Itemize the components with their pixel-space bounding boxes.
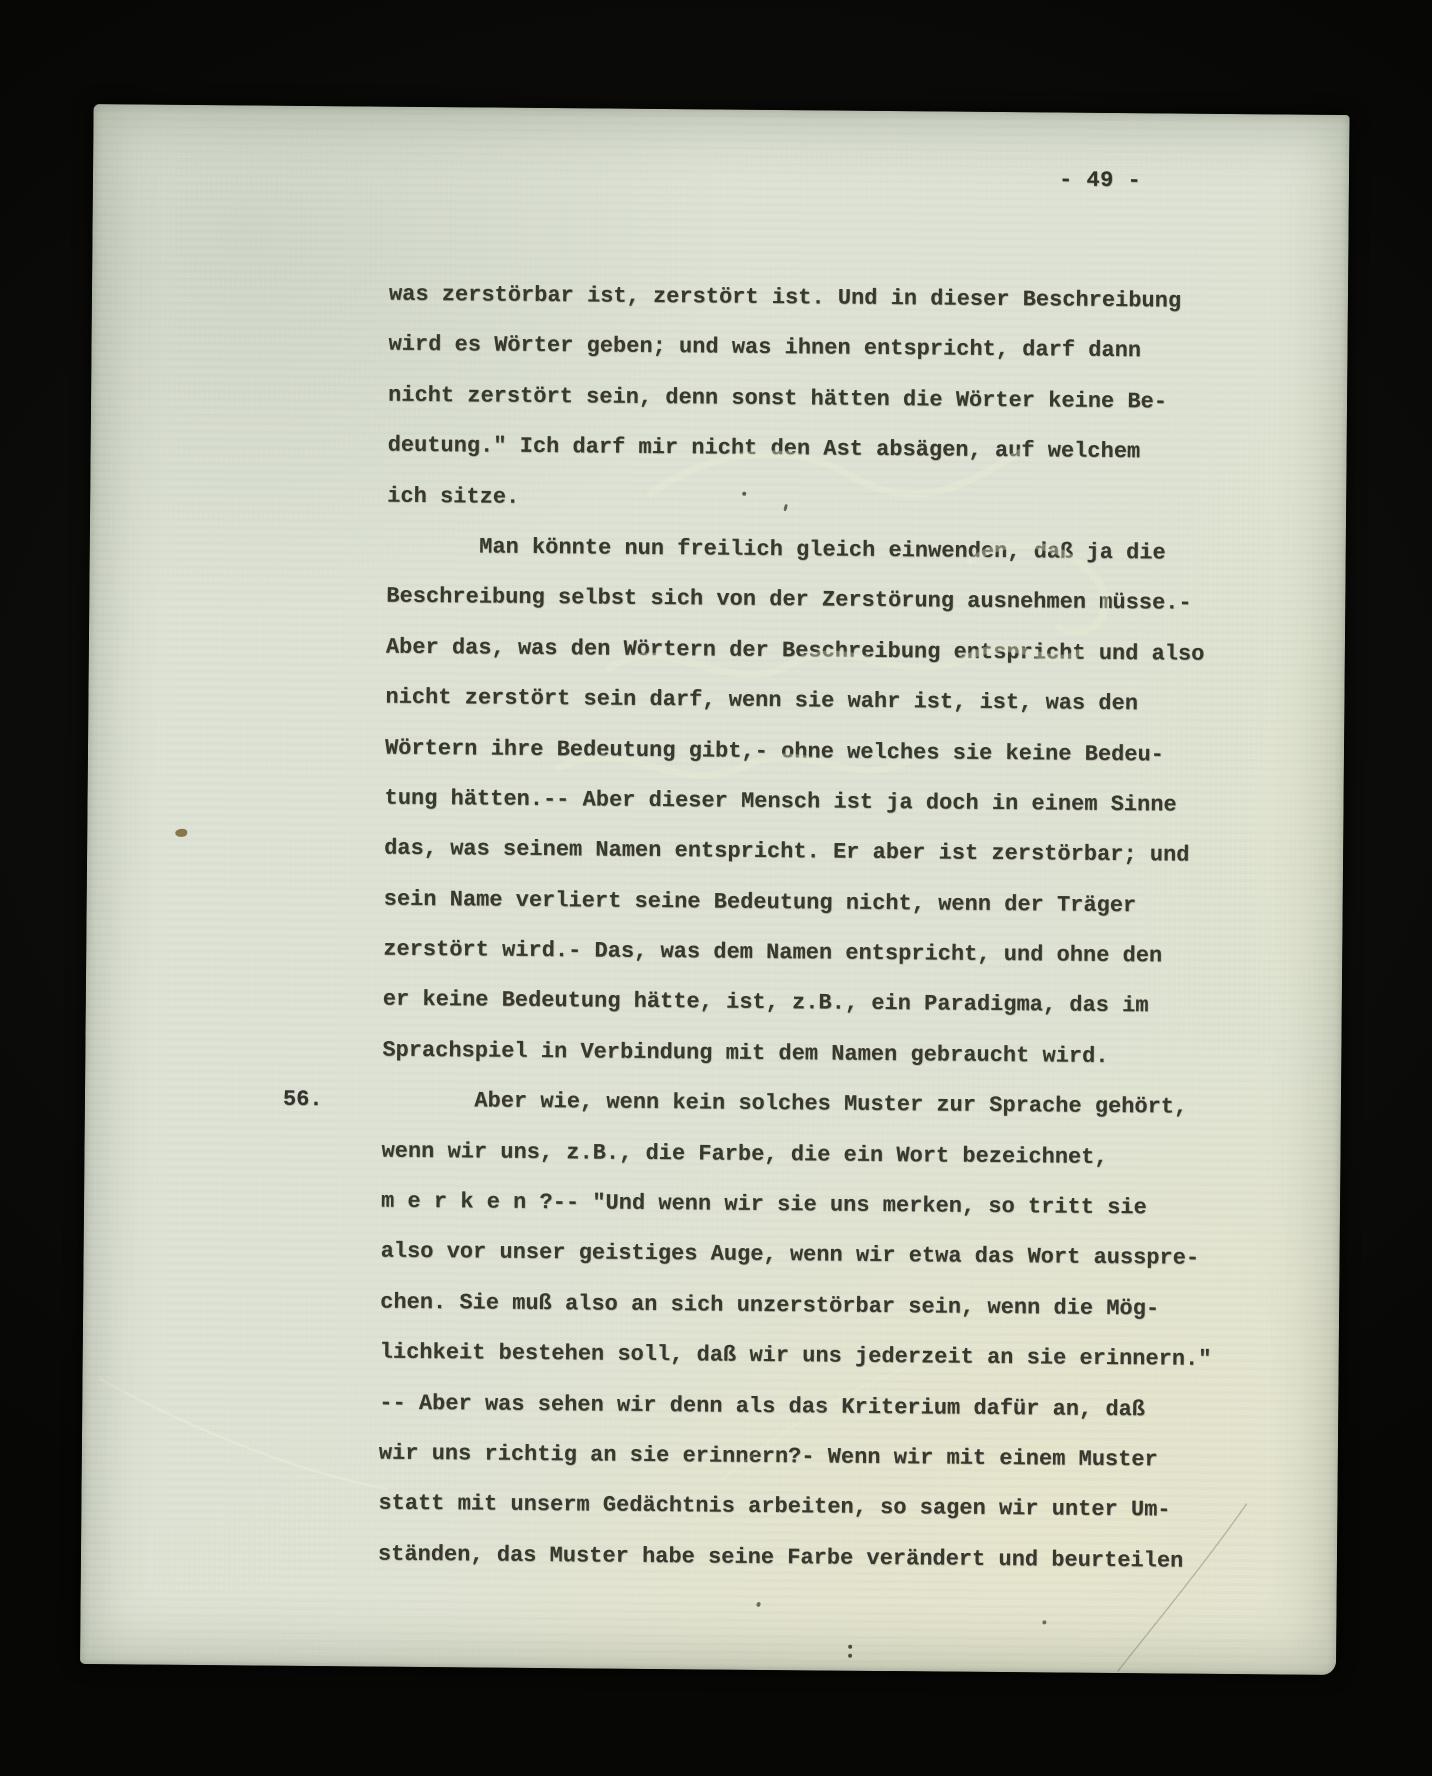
typewritten-line: nicht zerstört sein, denn sonst hätten d…: [388, 370, 1318, 429]
typewritten-line: ich sitze.: [387, 471, 1317, 530]
typescript-page: - 49 - 56. was zerstörbar ist, zerstört …: [80, 104, 1350, 1675]
typewritten-text: was zerstörbar ist, zerstört ist. Und in…: [378, 270, 1319, 1588]
typewritten-line: wir uns richtig an sie erinnern?- Wenn w…: [379, 1429, 1309, 1488]
typewritten-line: was zerstörbar ist, zerstört ist. Und in…: [389, 270, 1319, 329]
typewritten-line: Aber wie, wenn kein solches Muster zur S…: [382, 1076, 1312, 1135]
typewritten-line: Wörtern ihre Bedeutung gibt,- ohne welch…: [385, 723, 1315, 782]
typewritten-line: deutung." Ich darf mir nicht den Ast abs…: [387, 421, 1317, 480]
photograph-background: - 49 - 56. was zerstörbar ist, zerstört …: [0, 0, 1432, 1776]
typewritten-line: lichkeit bestehen soll, daß wir uns jede…: [380, 1328, 1310, 1387]
ink-speck: [1042, 1620, 1046, 1624]
typewritten-line: also vor unser geistiges Auge, wenn wir …: [380, 1227, 1310, 1286]
ink-speck: [756, 1601, 761, 1607]
page-number: - 49 -: [1059, 165, 1141, 196]
ink-speck-colon: [848, 1645, 852, 1649]
typewritten-line: wenn wir uns, z.B., die Farbe, die ein W…: [381, 1126, 1311, 1185]
typewritten-line: m e r k e n ?-- "Und wenn wir sie uns me…: [381, 1177, 1311, 1236]
typewritten-line: zerstört wird.- Das, was dem Namen entsp…: [383, 925, 1313, 984]
typewritten-line: chen. Sie muß also an sich unzerstörbar …: [380, 1277, 1310, 1336]
paper-fleck: [175, 829, 187, 837]
typewritten-line: sein Name verliert seine Bedeutung nicht…: [383, 874, 1313, 933]
typewritten-line: tung hätten.-- Aber dieser Mensch ist ja…: [384, 774, 1314, 833]
typewritten-line: er keine Bedeutung hätte, ist, z.B., ein…: [383, 975, 1313, 1034]
typewritten-line: nicht zerstört sein darf, wenn sie wahr …: [385, 673, 1315, 732]
typewritten-line: das, was seinem Namen entspricht. Er abe…: [384, 824, 1314, 883]
typewritten-line: statt mit unserm Gedächtnis arbeiten, so…: [378, 1479, 1308, 1538]
typewritten-line: ständen, das Muster habe seine Farbe ver…: [378, 1529, 1308, 1588]
typewritten-line: Sprachspiel in Verbindung mit dem Namen …: [382, 1025, 1312, 1084]
typewritten-line: -- Aber was sehen wir denn als das Krite…: [379, 1378, 1309, 1437]
typewritten-line: Man könnte nun freilich gleich einwenden…: [387, 522, 1317, 581]
typewritten-line: wird es Wörter geben; und was ihnen ents…: [388, 320, 1318, 379]
typewritten-line: Aber das, was den Wörtern der Beschreibu…: [386, 622, 1316, 681]
typewritten-line: Beschreibung selbst sich von der Zerstör…: [386, 572, 1316, 631]
section-number-56: 56.: [283, 1075, 323, 1126]
